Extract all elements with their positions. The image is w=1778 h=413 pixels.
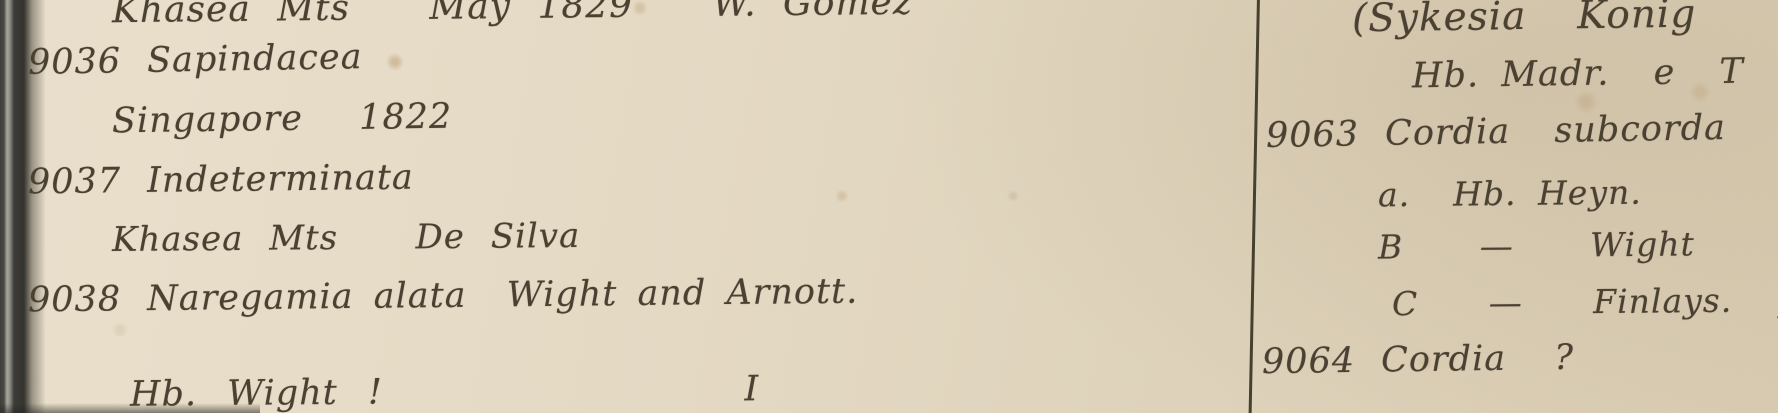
entry-text: Hb. Wight ! I	[130, 369, 760, 413]
ledger-line: Khasea Mts De Silva	[112, 216, 581, 260]
ledger-line: (Sykesia Konig	[1352, 0, 1697, 41]
entry-text: a. Hb. Heyn.	[1378, 173, 1642, 215]
entry-text: B — Wight	[1378, 224, 1695, 266]
ledger-line: Hb. Wight ! I	[130, 369, 760, 413]
ledger-line: 9037Indeterminata	[28, 158, 414, 203]
entry-text: Cordia subcorda	[1385, 108, 1727, 154]
specimen-number: 9063	[1266, 114, 1360, 156]
specimen-number: 9036	[28, 41, 122, 83]
column-divider-rule	[1248, 0, 1260, 413]
ledger-line: Khasea Mts May 1829 W. Gomez	[112, 0, 913, 31]
entry-text: Khasea Mts May 1829 W. Gomez	[112, 0, 913, 31]
entry-text: (Sykesia Konig	[1352, 0, 1697, 41]
entry-text: Indeterminata	[147, 158, 414, 201]
ledger-line: 9036Sapindacea	[28, 37, 363, 83]
specimen-number: 9038	[28, 279, 121, 320]
ledger-line: 9063Cordia subcorda	[1266, 108, 1727, 156]
ledger-page: Khasea Mts May 1829 W. Gomez 9036Sapinda…	[0, 0, 1778, 413]
entry-text: Hb. Madr. e T	[1412, 52, 1744, 97]
ledger-line: B — Wight	[1378, 224, 1695, 266]
ledger-line: Hb. Madr. e T	[1412, 52, 1744, 97]
entry-text: Khasea Mts De Silva	[112, 216, 581, 260]
ledger-line: Singapore 1822	[112, 97, 453, 142]
specimen-number: 9064	[1262, 341, 1356, 382]
entry-text: Singapore 1822	[112, 97, 453, 142]
ledger-line: 9038Naregamia alata Wight and Arnott.	[28, 272, 859, 321]
entry-text: Cordia ?	[1381, 338, 1575, 381]
entry-text: Naregamia alata Wight and Arnott.	[147, 272, 859, 319]
entry-text: C — Finlays. fra	[1392, 280, 1778, 324]
ledger-line: 9064Cordia ?	[1262, 338, 1575, 382]
entry-text: Sapindacea	[147, 37, 363, 81]
ledger-line: C — Finlays. fra	[1392, 280, 1778, 324]
ledger-line: a. Hb. Heyn.	[1378, 173, 1642, 215]
specimen-number: 9037	[28, 161, 122, 202]
